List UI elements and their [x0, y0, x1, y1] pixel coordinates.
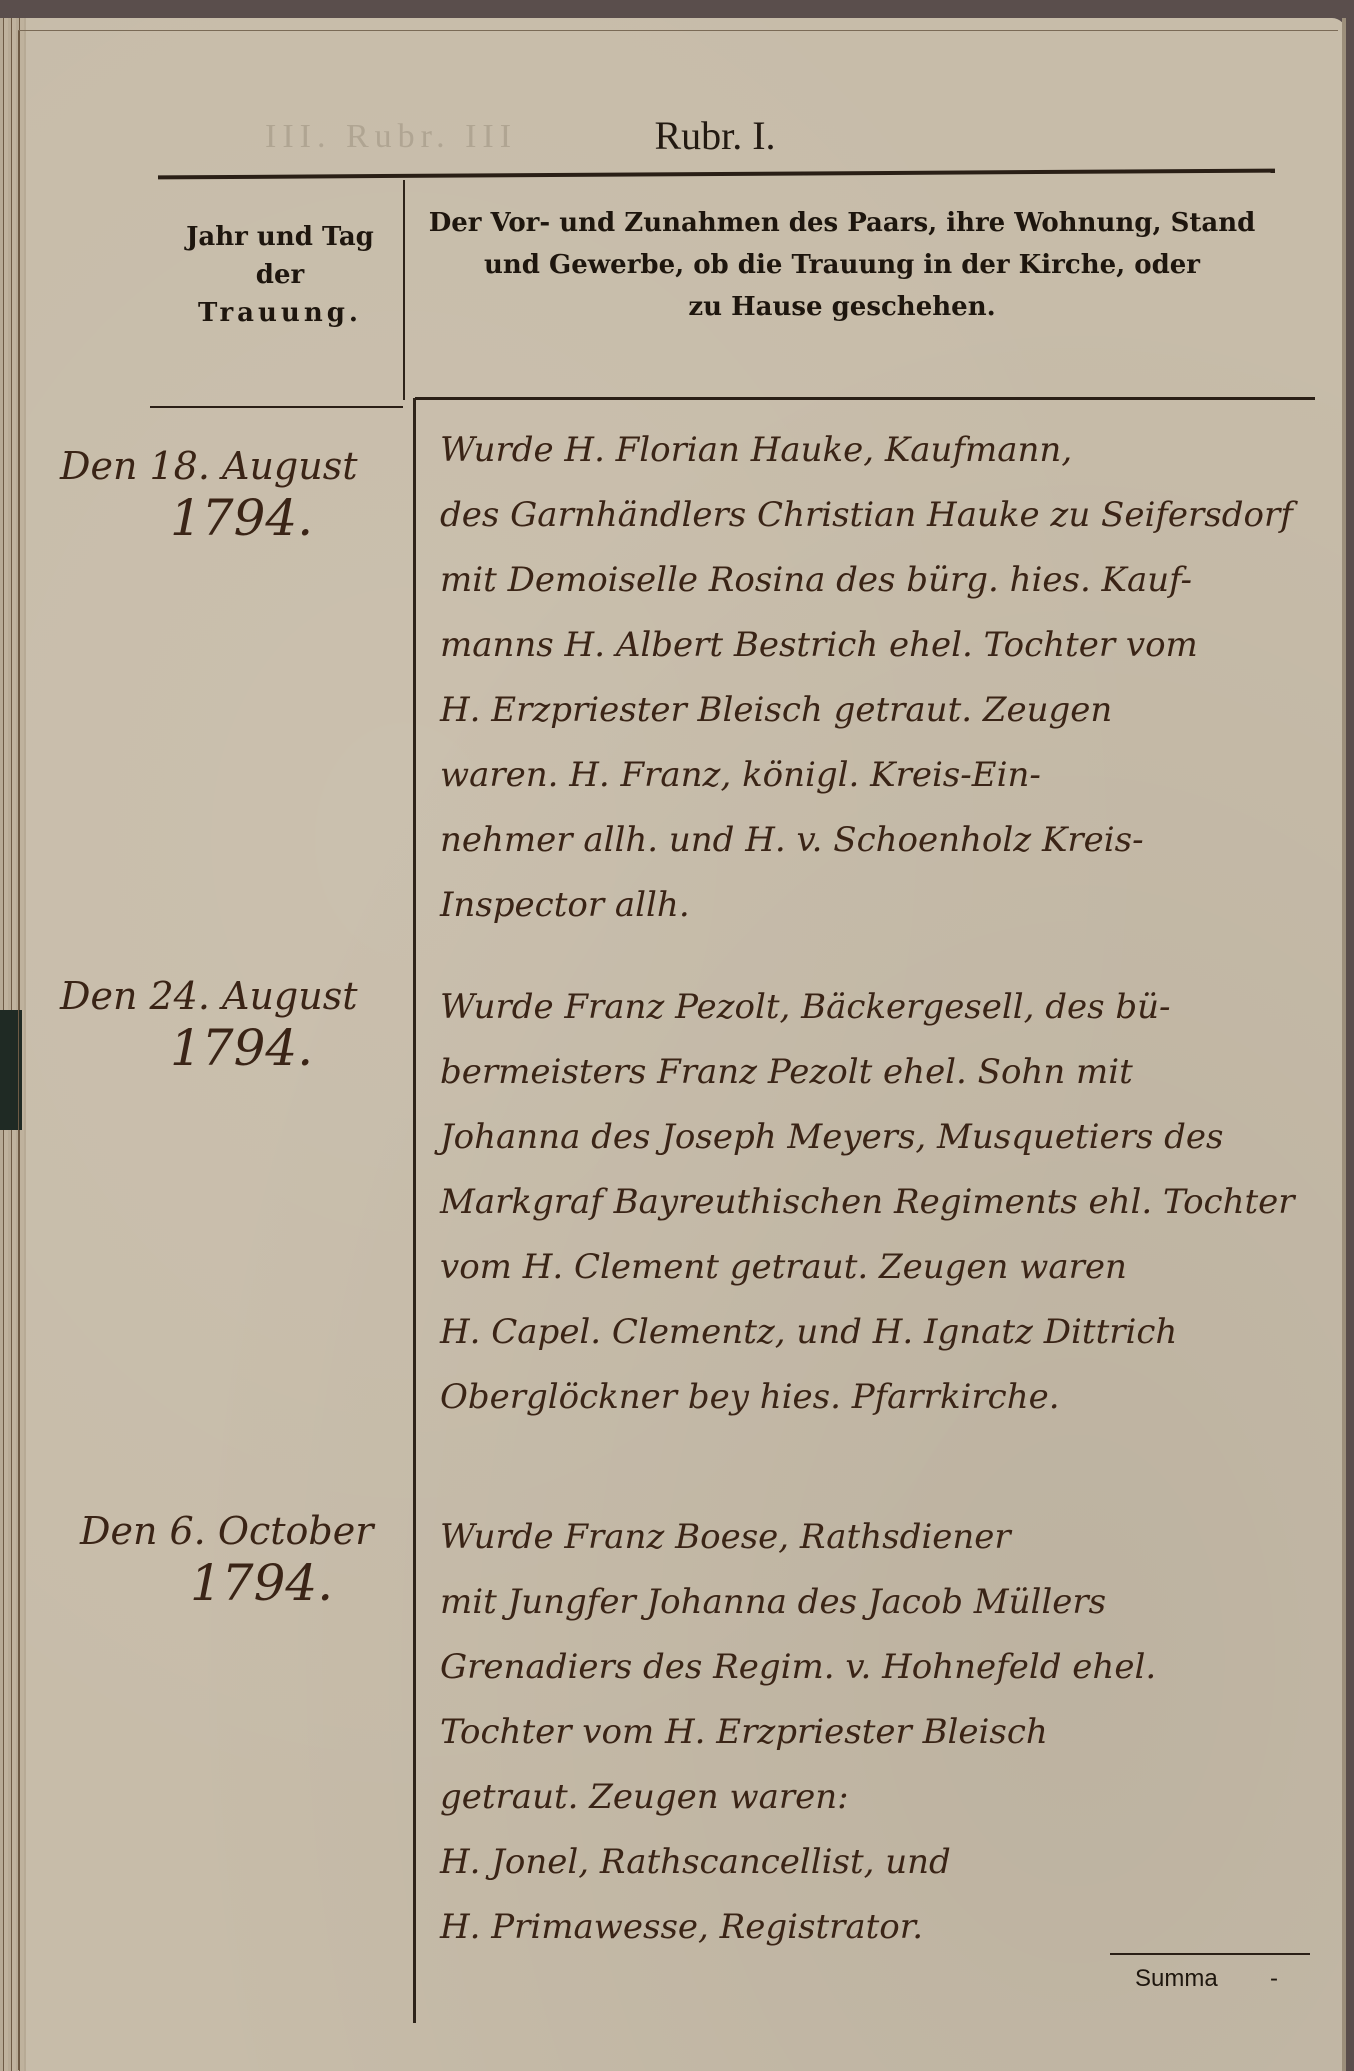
entry-line: waren. H. Franz, königl. Kreis-Ein- [440, 743, 1320, 808]
header-bottom-rule [415, 397, 1315, 400]
column-divider [403, 180, 405, 400]
header-bottom-rule-left [150, 406, 403, 408]
header-line: Trauung. [170, 294, 390, 332]
entry-line: manns H. Albert Bestrich ehel. Tochter v… [440, 613, 1320, 678]
entry-text: Wurde H. Florian Hauke, Kaufmann, des Ga… [440, 418, 1320, 938]
rubric-title: Rubr. I. [0, 112, 1354, 159]
entry-date: Den 18. August 1794. [60, 440, 358, 544]
entry-line: Wurde H. Florian Hauke, Kaufmann, [440, 418, 1320, 483]
year: 1794. [60, 492, 358, 544]
entry-line: H. Erzpriester Bleisch getraut. Zeugen [440, 678, 1320, 743]
entry-text: Wurde Franz Pezolt, Bäckergesell, des bü… [440, 975, 1320, 1430]
header-line: und Gewerbe, ob die Trauung in der Kirch… [408, 244, 1276, 286]
entry-line: Inspector allh. [440, 873, 1320, 938]
date-line: Den 24. August [60, 974, 358, 1018]
year: 1794. [80, 1557, 373, 1609]
entry-line: Oberglöckner bey hies. Pfarrkirche. [440, 1365, 1320, 1430]
page-frame-top [18, 30, 1338, 31]
entry-line: getraut. Zeugen waren: [440, 1765, 1320, 1830]
entry-line: H. Jonel, Rathscancellist, und [440, 1830, 1320, 1895]
entry-line: Markgraf Bayreuthischen Regiments ehl. T… [440, 1170, 1320, 1235]
summa-value: - [1270, 1965, 1278, 1993]
entry-line: mit Demoiselle Rosina des bürg. hies. Ka… [440, 548, 1320, 613]
page-frame-line [18, 30, 19, 2070]
entry-text: Wurde Franz Boese, Rathsdiener mit Jungf… [440, 1505, 1320, 1960]
column-header-date: Jahr und Tag der Trauung. [170, 218, 390, 332]
entry-date: Den 6. October 1794. [80, 1505, 373, 1609]
entry-line: Wurde Franz Boese, Rathsdiener [440, 1505, 1320, 1570]
entry-line: Tochter vom H. Erzpriester Bleisch [440, 1700, 1320, 1765]
entry-date: Den 24. August 1794. [60, 970, 358, 1074]
entry-line: mit Jungfer Johanna des Jacob Müllers [440, 1570, 1320, 1635]
entry-line: H. Capel. Clementz, und H. Ignatz Dittri… [440, 1300, 1320, 1365]
entry-line: Johanna des Joseph Meyers, Musquetiers d… [440, 1105, 1320, 1170]
header-line: Der Vor- und Zunahmen des Paars, ihre Wo… [408, 202, 1276, 244]
entry-line: Wurde Franz Pezolt, Bäckergesell, des bü… [440, 975, 1320, 1040]
entry-line: vom H. Clement getraut. Zeugen waren [440, 1235, 1320, 1300]
summa-label: Summa [1135, 1965, 1218, 1993]
column-divider [413, 398, 416, 2023]
entry-line: Grenadiers des Regim. v. Hohnefeld ehel. [440, 1635, 1320, 1700]
date-line: Den 6. October [80, 1509, 373, 1553]
header-line: Jahr und Tag [170, 218, 390, 256]
entry-line: H. Primawesse, Registrator. [440, 1895, 1320, 1960]
entry-line: nehmer allh. und H. v. Schoenholz Kreis- [440, 808, 1320, 873]
page-edge [1342, 18, 1346, 2071]
header-line: der [170, 256, 390, 294]
date-line: Den 18. August [60, 444, 358, 488]
entry-line: bermeisters Franz Pezolt ehel. Sohn mit [440, 1040, 1320, 1105]
column-header-couple: Der Vor- und Zunahmen des Paars, ihre Wo… [408, 202, 1276, 328]
entry-line: des Garnhändlers Christian Hauke zu Seif… [440, 483, 1320, 548]
header-line: zu Hause geschehen. [408, 286, 1276, 328]
summa-rule [1110, 1953, 1310, 1955]
year: 1794. [60, 1022, 358, 1074]
